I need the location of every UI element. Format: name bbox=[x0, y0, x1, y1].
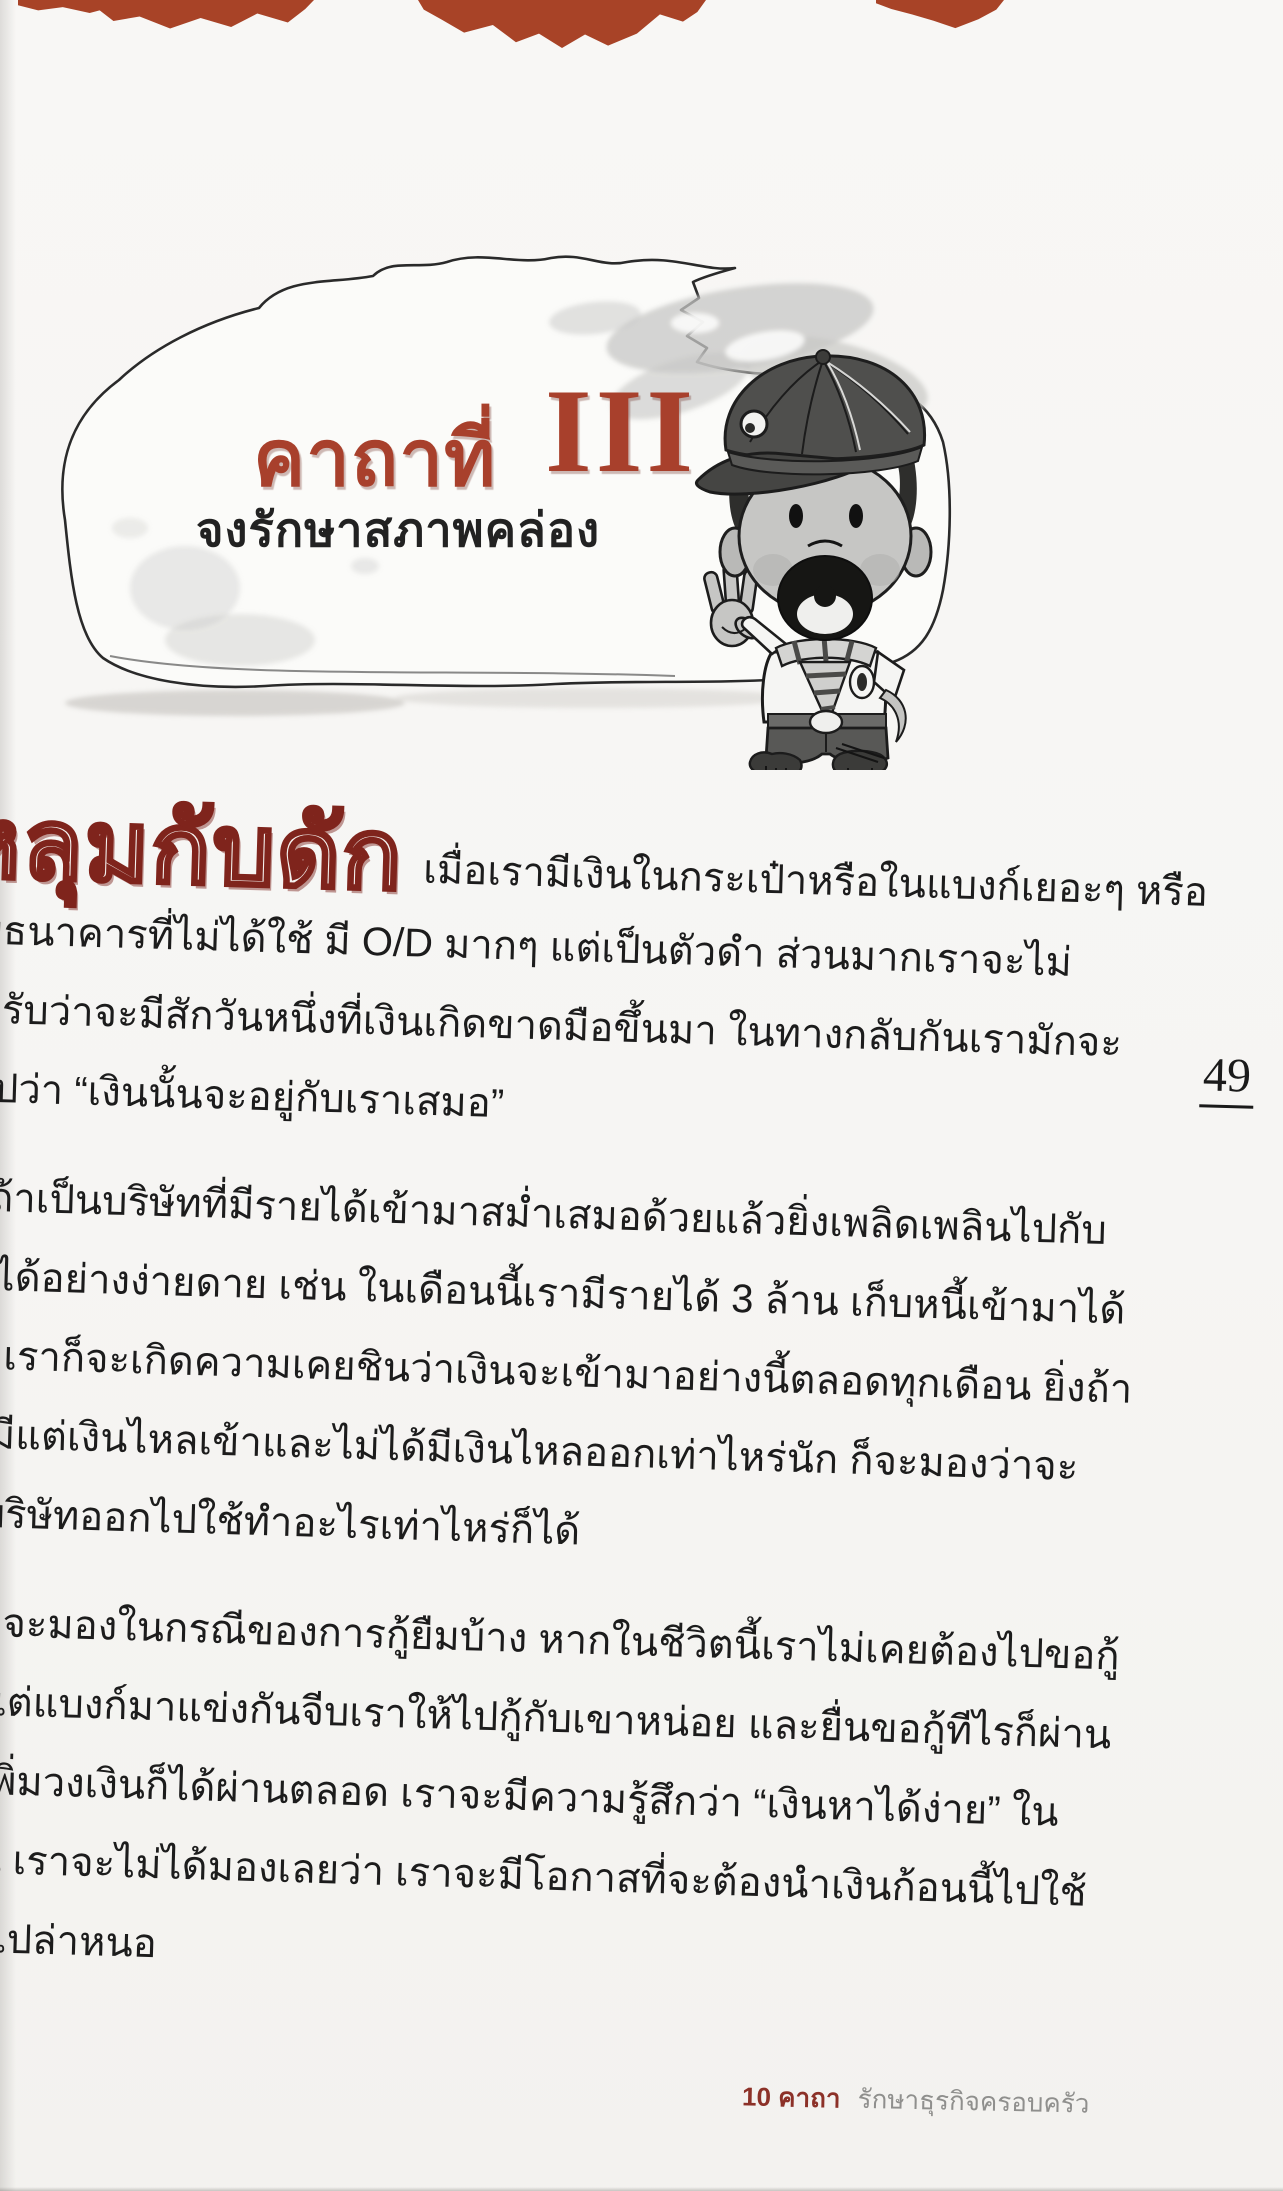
footer-book-title: รักษาธุรกิจครอบครัว bbox=[857, 2084, 1089, 2119]
footer-book-series: 10 คาถา bbox=[742, 2081, 841, 2113]
chapter-title: จงรักษาสภาพคล่อง bbox=[196, 492, 600, 567]
article-body: หลุมกับดัก เมื่อเรามีเงินในกระเป๋าหรือใน… bbox=[0, 780, 1282, 2017]
paragraph: งถ้าเป็นบริษัทที่มีรายได้เข้ามาสม่ำเสมอด… bbox=[0, 1159, 1271, 1592]
torn-paper-edge bbox=[876, 0, 1004, 32]
torn-paper-edge bbox=[418, 0, 706, 48]
torn-paper-edge bbox=[96, 0, 314, 30]
page-number: 49 bbox=[1199, 1047, 1255, 1108]
scout-boy-drawing bbox=[688, 330, 958, 770]
paragraph: หลุมกับดัก เมื่อเรามีเงินในกระเป๋าหรือใน… bbox=[0, 780, 1282, 1167]
lead-heading: หลุมกับดัก bbox=[0, 793, 405, 904]
paragraph: รือจะมองในกรณีของการกู้ยืมบ้าง หากในชีวิ… bbox=[0, 1584, 1259, 2017]
book-page: { "header": { "chapter_label": "คาถาที่"… bbox=[0, 0, 1283, 2191]
scout-boy-illustration bbox=[688, 330, 958, 770]
footer: 10 คาถา รักษาธุรกิจครอบครัว bbox=[742, 2076, 1090, 2124]
chapter-numeral: III bbox=[545, 362, 697, 500]
page-bottom-shadow bbox=[0, 2187, 1283, 2191]
